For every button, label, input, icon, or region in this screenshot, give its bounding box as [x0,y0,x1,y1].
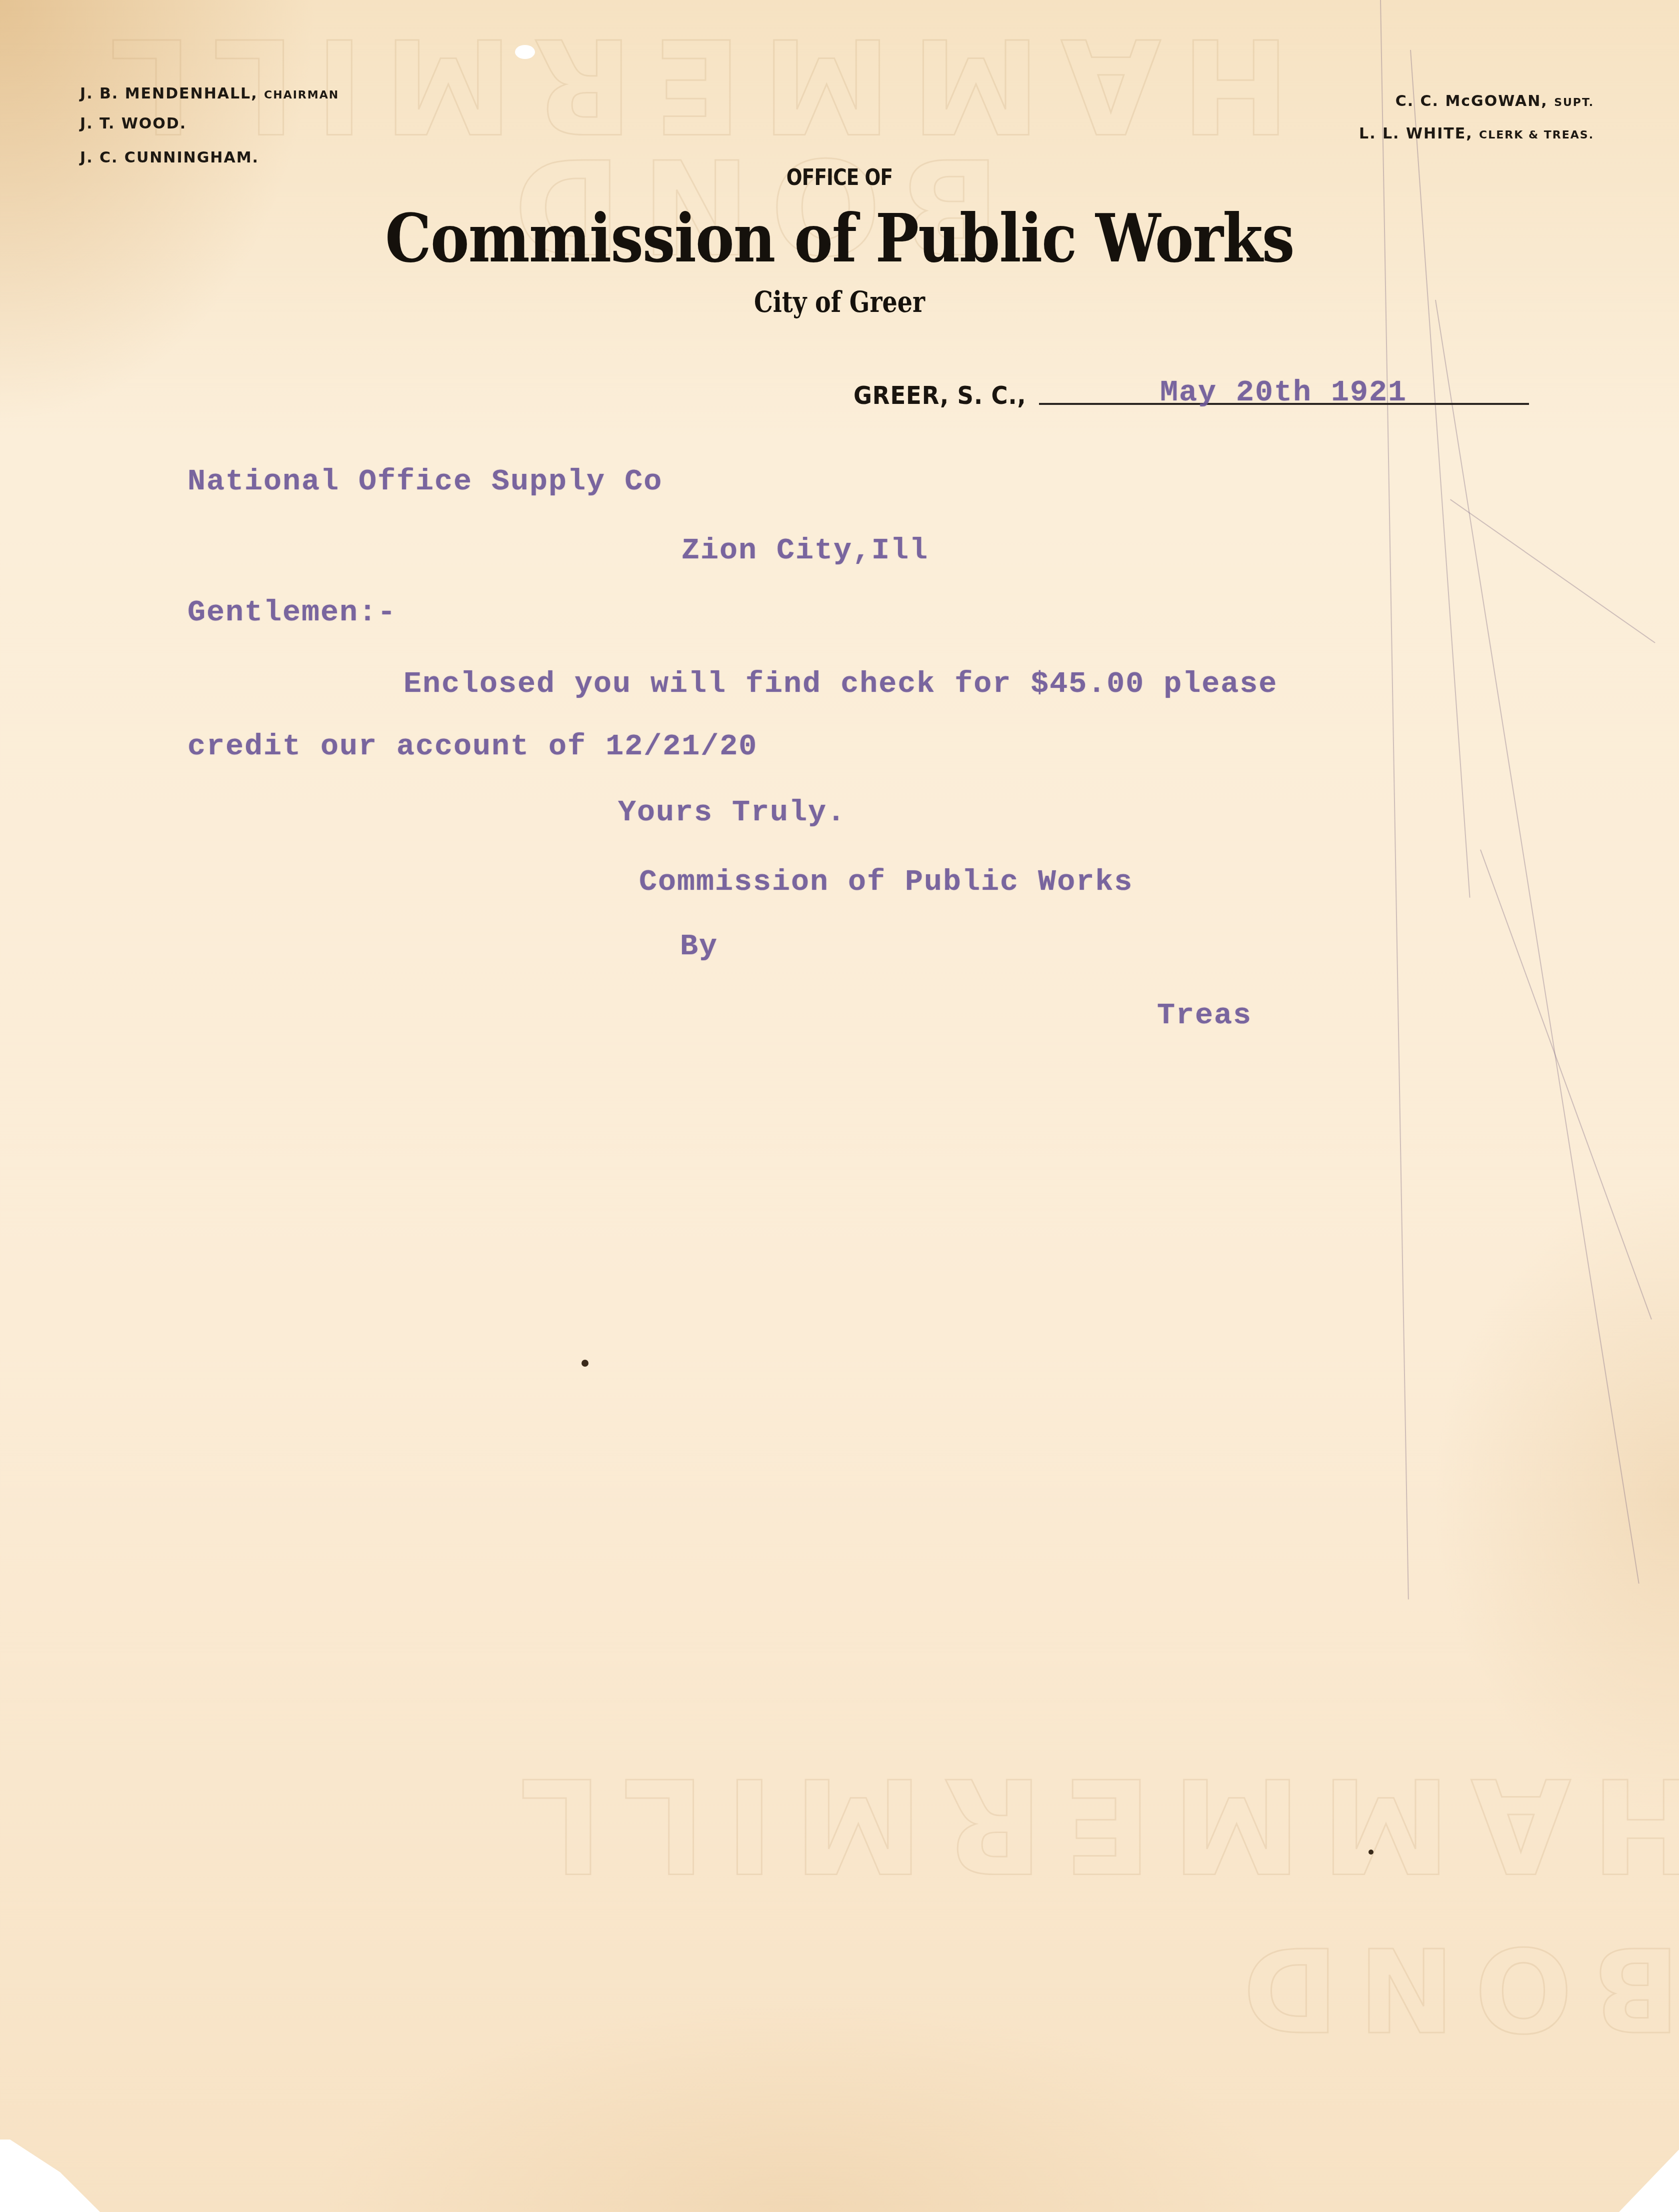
letter-date: May 20th 1921 [1160,376,1407,410]
letterhead-place: GREER, S. C., [853,381,1026,410]
watermark-bottom-2: BOND [1223,1921,1679,2055]
closing: Yours Truly. [618,796,846,830]
officer-chairman: J. B. MENDENHALL, CHAIRMAN [80,85,339,102]
ink-speck [581,1360,588,1367]
signature-title: Treas [1157,999,1252,1033]
letterhead-office-of: OFFICE OF [126,165,1553,190]
watermark-bottom: HAMMERMILL [499,1749,1679,1900]
body-line-1: Enclosed you will find check for $45.00 … [403,667,1277,701]
officer-clerk-treasurer: L. L. WHITE, CLERK & TREAS. [1359,125,1594,142]
paper-hole [515,45,535,59]
officer-cunningham: J. C. CUNNINGHAM. [80,149,259,166]
signature-by: By [680,930,718,964]
salutation: Gentlemen:- [187,596,396,630]
body-line-2: credit our account of 12/21/20 [187,730,757,764]
officer-wood: J. T. WOOD. [80,115,186,132]
ink-speck [1368,1850,1373,1855]
recipient-location: Zion City,Ill [681,534,928,568]
signature-organization: Commission of Public Works [639,865,1133,899]
officer-superintendent: C. C. McGOWAN, SUPT. [1395,92,1594,110]
recipient-name: National Office Supply Co [187,465,662,499]
letterhead-city: City of Greer [151,285,1528,319]
letterhead-title: Commission of Public Works [100,200,1578,277]
